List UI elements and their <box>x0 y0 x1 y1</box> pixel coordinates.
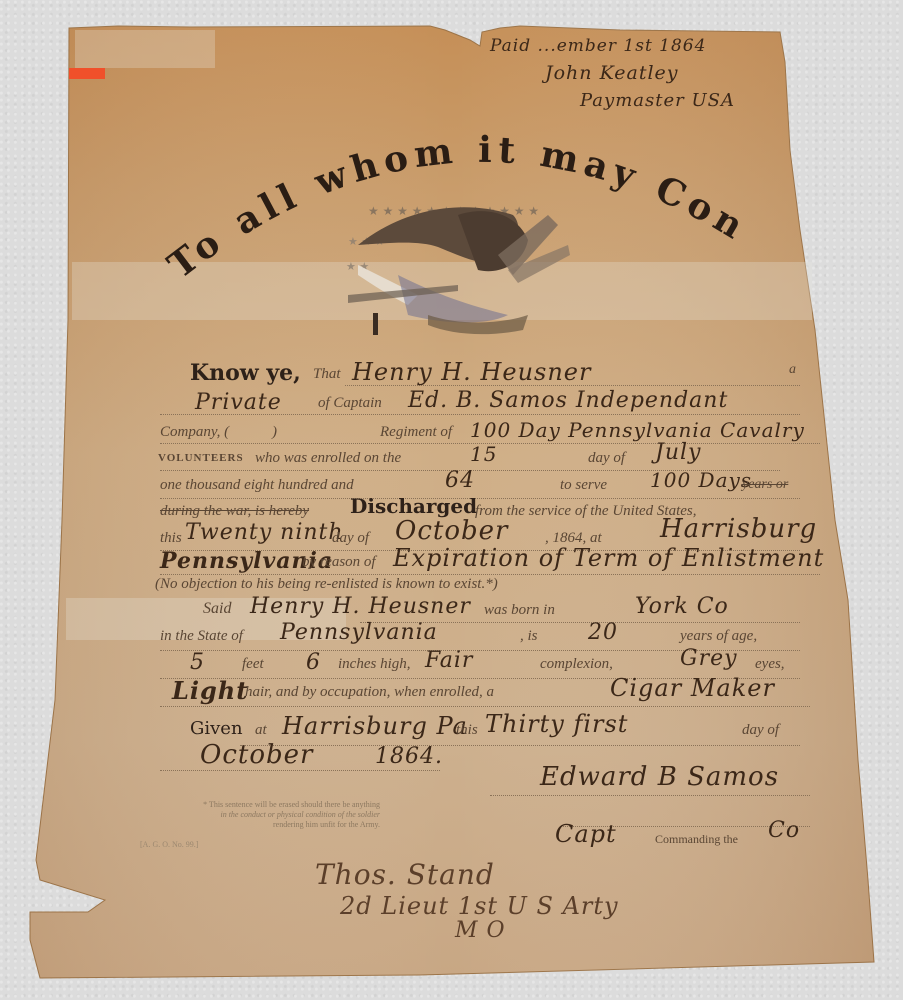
label-in-state-of: in the State of <box>160 628 243 645</box>
label-day-of-2: day of <box>332 530 369 547</box>
label-inches-high: inches high, <box>338 656 411 673</box>
discharge-month-field: October <box>395 516 508 546</box>
mustering-officer-signature: Thos. Stand <box>315 858 495 891</box>
given-heading: Given <box>190 718 243 739</box>
label-hair-occupation: hair, and by occupation, when enrolled, … <box>245 684 494 701</box>
enrolled-year-field: 64 <box>445 468 475 493</box>
label-that: That <box>313 366 341 383</box>
label-eyes: eyes, <box>755 656 785 673</box>
eyes-field: Grey <box>680 646 738 671</box>
said-name-field: Henry H. Heusner <box>250 594 471 619</box>
label-years-of-age: years of age, <box>680 628 757 645</box>
enrolled-month-field: July <box>655 440 701 465</box>
label-a: a <box>789 362 796 378</box>
label-this: this <box>160 530 182 547</box>
given-place-field: Harrisburg Pa <box>282 712 468 740</box>
label-day-of: day of <box>588 450 625 467</box>
label-day-of-3: day of <box>742 722 779 739</box>
label-was-born-in: was born in <box>484 602 555 619</box>
birth-state-field: Pennsylvania <box>280 620 438 645</box>
enrolled-day-field: 15 <box>470 442 497 466</box>
order-reference: [A. G. O. No. 99.] <box>140 840 198 849</box>
label-to-serve: to serve <box>560 477 607 494</box>
signature-line <box>490 795 810 796</box>
regiment-field: 100 Day Pennsylvania Cavalry <box>470 418 805 442</box>
complexion-field: Fair <box>425 648 473 673</box>
paymaster-note-line1: Paid ...ember 1st 1864 <box>490 36 706 56</box>
term-field: 100 Days <box>650 468 752 492</box>
height-inches-field: 6 <box>306 650 321 675</box>
footnote-line2: in the conduct or physical condition of … <box>160 810 380 820</box>
dotted-rule <box>160 706 810 707</box>
label-volunteers: VOLUNTEERS <box>158 452 244 464</box>
dotted-rule <box>160 770 440 771</box>
label-complexion: complexion, <box>540 656 613 673</box>
label-regiment-of: Regiment of <box>380 424 452 441</box>
label-at: at <box>255 722 267 739</box>
footnote-line3: rendering him unfit for the Army. <box>160 820 380 830</box>
discharge-place-field: Harrisburg <box>660 514 817 544</box>
label-one-thousand: one thousand eight hundred and <box>160 477 354 494</box>
mustering-officer-title: 2d Lieut 1st U S Arty <box>340 892 619 920</box>
height-feet-field: 5 <box>190 650 205 675</box>
birth-county-field: York Co <box>635 594 729 619</box>
discharged-heading: Discharged <box>350 494 477 518</box>
footnote: * This sentence will be erased should th… <box>160 800 380 830</box>
footnote-line1: * This sentence will be erased should th… <box>160 800 380 810</box>
commanding-unit: Co <box>768 818 800 843</box>
captain-name-field: Ed. B. Samos Independant <box>408 388 728 413</box>
label-by-reason: by reason of <box>302 554 376 571</box>
label-feet: feet <box>242 656 264 673</box>
label-enrolled-on: who was enrolled on the <box>255 450 401 467</box>
tape-strip-top <box>75 30 215 68</box>
label-said: Said <box>203 600 231 618</box>
eagle-emblem-icon: ★ ★ ★ ★ ★ ★ ★ ★ ★ ★ ★ ★ ★ ★ ★ ★ ★ <box>338 175 578 340</box>
label-this-2: this <box>456 722 478 739</box>
label-during-war: during the war, is hereby <box>160 503 309 520</box>
mustering-officer-role: M O <box>455 918 506 943</box>
paymaster-note-line2: John Keatley <box>545 62 679 84</box>
discharge-day-field: Twenty ninth <box>185 520 344 545</box>
label-company-close: ) <box>272 424 277 441</box>
occupation-field: Cigar Maker <box>610 674 775 702</box>
soldier-name-field: Henry H. Heusner <box>352 358 591 386</box>
given-year-field: 1864. <box>375 744 443 769</box>
know-ye-heading: Know ye, <box>190 360 301 386</box>
dotted-rule <box>240 745 800 746</box>
discharge-document: Paid ...ember 1st 1864 John Keatley Paym… <box>0 0 903 1000</box>
commander-rank: Capt <box>555 820 617 848</box>
label-years-or: years or <box>742 477 788 493</box>
no-objection-clause: (No objection to his being re-enlisted i… <box>155 576 498 593</box>
label-is: , is <box>520 628 538 645</box>
dotted-rule <box>160 574 820 575</box>
dotted-rule <box>160 498 800 499</box>
given-day-field: Thirty first <box>485 710 628 738</box>
hair-field: Light <box>172 676 248 705</box>
red-marker-tab <box>69 68 105 79</box>
label-company: Company, ( <box>160 424 229 441</box>
rank-field: Private <box>195 390 282 415</box>
commander-signature: Edward B Samos <box>540 762 779 792</box>
reason-field: Expiration of Term of Enlistment <box>393 544 824 572</box>
label-commanding-the: Commanding the <box>655 832 738 847</box>
label-of-captain: of Captain <box>318 395 382 412</box>
age-field: 20 <box>588 620 618 645</box>
given-month-field: October <box>200 740 313 770</box>
